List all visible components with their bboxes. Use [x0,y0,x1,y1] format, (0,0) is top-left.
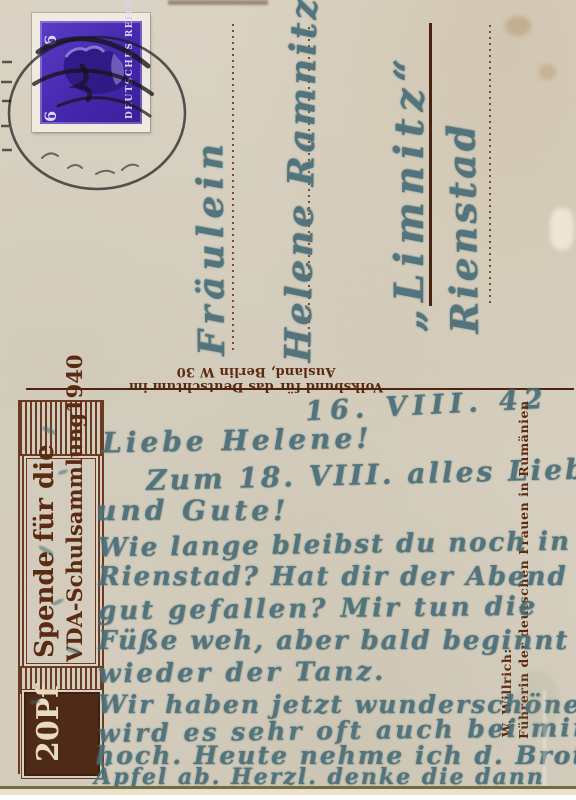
address-rule-dotted-3 [489,25,491,305]
price-label: 20Pf [34,685,64,762]
message-line: wieder der Tanz. [98,657,386,690]
top-edge-smudge [168,0,268,5]
address-line-town: Rienstad [442,121,484,334]
postcard: DEUTSCHES REICH 6 6 Fräulein Helene Ramn… [0,0,576,786]
message-line: Zum 18. VIII. alles Liebe [146,452,576,497]
message-line: Äpfel ab. Herzl. denke die dann [94,764,545,786]
postmark-icon [0,0,220,220]
message-line: und Gute! [96,494,289,527]
paper-crease [543,690,546,786]
stain [505,16,531,36]
stain [538,64,556,80]
message-line: gut gefallen? Mir tun die [98,592,539,627]
banner-title-line2: VDA-Schulsammlung1940 [64,355,85,663]
paper-damage-patch [550,208,574,250]
address-line-salutation: Fräulein [192,138,230,356]
message-line: Füße weh, aber bald beginnt [98,626,569,656]
message-line: Liebe Helene! [102,422,373,460]
scan-edge-strip [0,789,576,795]
message-line: Wie lange bleibst du noch in [98,527,571,564]
address-line-street: „Limnitz“ [390,52,430,332]
address-line-name: Helene Ramnitz [280,0,322,363]
message-line: Rienstad? Hat dir der Abend [98,562,568,592]
stain [515,670,559,736]
